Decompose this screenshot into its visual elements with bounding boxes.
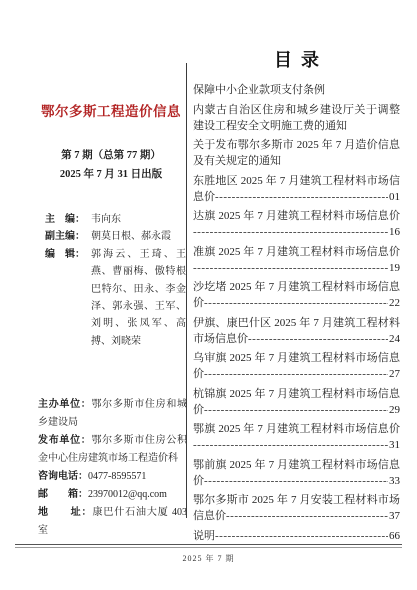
toc-entry: 鄂旗 2025 年 7 月建筑工程材料市场信息价----------------… (193, 421, 400, 453)
staff-label: 主 编： (45, 211, 91, 228)
toc-entry-line: 伊旗、康巴什区 2025 年 7 月建筑工程材料 (193, 315, 400, 331)
toc-leader: ----------------------------------------… (204, 473, 388, 489)
info-row: 邮 箱：23970012@qq.com (38, 486, 187, 504)
toc-entry-leader-line: 信息价-------------------------------------… (193, 508, 400, 524)
toc-page-number: 01 (388, 189, 400, 205)
toc-entry-pre: 信息价 (193, 508, 226, 524)
info-row: 咨询电话：0477-8595571 (38, 468, 187, 486)
toc-page-number: 16 (388, 224, 400, 240)
toc-entry-line: 鄂前旗 2025 年 7 月建筑工程材料市场信息 (193, 457, 400, 473)
info-row: 发布单位：鄂尔多斯市住房公积金中心住房建筑市场工程造价科 (38, 432, 187, 468)
toc-page-number: 19 (388, 260, 400, 276)
toc-entry-line: 及有关规定的通知 (193, 153, 400, 169)
publisher-info-list: 主办单位：鄂尔多斯市住房和城乡建设局发布单位：鄂尔多斯市住房公积金中心住房建筑市… (38, 396, 187, 540)
toc-page-number: 22 (388, 295, 400, 311)
toc-leader: ----------------------------------------… (204, 402, 388, 418)
publish-date: 2025 年 7 月 31 日出版 (36, 166, 186, 181)
toc-entry-leader-line: 价---------------------------------------… (193, 366, 400, 382)
toc-entry-line: 保障中小企业款项支付条例 (193, 82, 400, 98)
document-page: 鄂尔多斯工程造价信息 第 7 期（总第 77 期） 2025 年 7 月 31 … (0, 0, 417, 590)
toc-entry: 乌审旗 2025 年 7 月建筑工程材料市场信息价---------------… (193, 350, 400, 382)
toc-entry-pre: 市场信息价 (193, 331, 248, 347)
toc-leader: ----------------------------------------… (248, 331, 388, 347)
toc-entry: 东胜地区 2025 年 7 月建筑工程材料市场信息价--------------… (193, 173, 400, 205)
toc-leader: ----------------------------------------… (215, 189, 388, 205)
toc-entry-line: 鄂旗 2025 年 7 月建筑工程材料市场信息价 (193, 421, 400, 437)
toc-entry-line: 达旗 2025 年 7 月建筑工程材料市场信息价 (193, 208, 400, 224)
issue-number: 第 7 期（总第 77 期） (36, 147, 186, 162)
staff-row: 编 辑：郭海云、王琦、王燕、曹丽梅、傲特根巴特尔、田永、李金泽、郭永强、王军、刘… (45, 246, 186, 350)
toc-panel: 目录 保障中小企业款项支付条例内蒙古自治区住房和城乡建设厅关于调整建设工程安全文… (193, 46, 400, 547)
footer-rule (15, 544, 402, 548)
footer-issue-label: 2025 年 7 期 (0, 553, 417, 564)
toc-entry: 鄂前旗 2025 年 7 月建筑工程材料市场信息价---------------… (193, 457, 400, 489)
column-divider (186, 63, 187, 518)
toc-entry: 说明--------------------------------------… (193, 528, 400, 544)
toc-entry-line: 关于发布鄂尔多斯市 2025 年 7 月造价信息 (193, 137, 400, 153)
toc-entry-pre: 价 (193, 473, 204, 489)
toc-entry-line: 建设工程安全文明施工费的通知 (193, 118, 400, 134)
staff-label: 编 辑： (45, 246, 91, 350)
toc-entry: 伊旗、康巴什区 2025 年 7 月建筑工程材料市场信息价-----------… (193, 315, 400, 347)
toc-entry: 沙圪堵 2025 年 7 月建筑工程材料市场信息价---------------… (193, 279, 400, 311)
toc-leader: ----------------------------------------… (193, 224, 388, 240)
toc-entry-pre: 价 (193, 295, 204, 311)
toc-entry-leader-line: 价---------------------------------------… (193, 295, 400, 311)
toc-leader: ----------------------------------------… (193, 260, 388, 276)
info-label: 邮 箱： (38, 489, 88, 500)
staff-row: 副主编：朝莫日根、郝永霞 (45, 228, 186, 245)
toc-entry-line: 杭锦旗 2025 年 7 月建筑工程材料市场信息 (193, 386, 400, 402)
toc-entry: 达旗 2025 年 7 月建筑工程材料市场信息价----------------… (193, 208, 400, 240)
info-row: 地 址：康巴什石油大厦 403 室 (38, 504, 187, 540)
toc-entry-line: 东胜地区 2025 年 7 月建筑工程材料市场信 (193, 173, 400, 189)
toc-entry-line: 内蒙古自治区住房和城乡建设厅关于调整 (193, 102, 400, 118)
toc-page-number: 31 (388, 437, 400, 453)
toc-entry-leader-line: ----------------------------------------… (193, 224, 400, 240)
toc-entry-leader-line: ----------------------------------------… (193, 437, 400, 453)
toc-entry-leader-line: 说明--------------------------------------… (193, 528, 400, 544)
toc-entry: 鄂尔多斯市 2025 年 7 月安装工程材料市场信息价-------------… (193, 492, 400, 524)
toc-entry: 杭锦旗 2025 年 7 月建筑工程材料市场信息价---------------… (193, 386, 400, 418)
toc-leader: ----------------------------------------… (204, 366, 388, 382)
toc-entry-pre: 说明 (193, 528, 215, 544)
info-row: 主办单位：鄂尔多斯市住房和城乡建设局 (38, 396, 187, 432)
info-value: 23970012@qq.com (88, 489, 167, 500)
toc-entry-leader-line: ----------------------------------------… (193, 260, 400, 276)
toc-entry-line: 准旗 2025 年 7 月建筑工程材料市场信息价 (193, 244, 400, 260)
staff-value: 韦向东 (91, 211, 186, 228)
toc-page-number: 33 (388, 473, 400, 489)
editorial-staff-list: 主 编：韦向东副主编：朝莫日根、郝永霞编 辑：郭海云、王琦、王燕、曹丽梅、傲特根… (45, 211, 186, 350)
toc-title: 目录 (193, 46, 400, 72)
staff-row: 主 编：韦向东 (45, 211, 186, 228)
toc-entry-line: 鄂尔多斯市 2025 年 7 月安装工程材料市场 (193, 492, 400, 508)
toc-page-number: 66 (388, 528, 400, 544)
toc-leader: ----------------------------------------… (193, 437, 388, 453)
toc-list: 保障中小企业款项支付条例内蒙古自治区住房和城乡建设厅关于调整建设工程安全文明施工… (193, 82, 400, 544)
toc-entry: 准旗 2025 年 7 月建筑工程材料市场信息价----------------… (193, 244, 400, 276)
info-label: 地 址： (38, 507, 92, 518)
toc-leader: ----------------------------------------… (226, 508, 388, 524)
toc-leader: ----------------------------------------… (215, 528, 388, 544)
toc-entry-leader-line: 市场信息价-----------------------------------… (193, 331, 400, 347)
publication-title: 鄂尔多斯工程造价信息 (36, 100, 186, 120)
toc-entry-pre: 价 (193, 402, 204, 418)
toc-entry-leader-line: 息价--------------------------------------… (193, 189, 400, 205)
toc-entry-leader-line: 价---------------------------------------… (193, 473, 400, 489)
info-value: 0477-8595571 (88, 471, 146, 482)
toc-entry: 内蒙古自治区住房和城乡建设厅关于调整建设工程安全文明施工费的通知 (193, 102, 400, 134)
toc-leader: ----------------------------------------… (204, 295, 388, 311)
toc-entry-leader-line: 价---------------------------------------… (193, 402, 400, 418)
staff-value: 郭海云、王琦、王燕、曹丽梅、傲特根巴特尔、田永、李金泽、郭永强、王军、刘明、张凤… (91, 246, 186, 350)
info-label: 咨询电话： (38, 471, 88, 482)
toc-page-number: 37 (388, 508, 400, 524)
toc-entry: 关于发布鄂尔多斯市 2025 年 7 月造价信息及有关规定的通知 (193, 137, 400, 169)
toc-entry: 保障中小企业款项支付条例 (193, 82, 400, 98)
toc-entry-line: 乌审旗 2025 年 7 月建筑工程材料市场信息 (193, 350, 400, 366)
toc-page-number: 29 (388, 402, 400, 418)
toc-entry-pre: 息价 (193, 189, 215, 205)
toc-entry-line: 沙圪堵 2025 年 7 月建筑工程材料市场信息 (193, 279, 400, 295)
toc-page-number: 27 (388, 366, 400, 382)
staff-value: 朝莫日根、郝永霞 (91, 228, 186, 245)
info-label: 发布单位： (38, 435, 91, 446)
info-label: 主办单位： (38, 399, 91, 410)
toc-entry-pre: 价 (193, 366, 204, 382)
toc-page-number: 24 (388, 331, 400, 347)
staff-label: 副主编： (45, 228, 91, 245)
